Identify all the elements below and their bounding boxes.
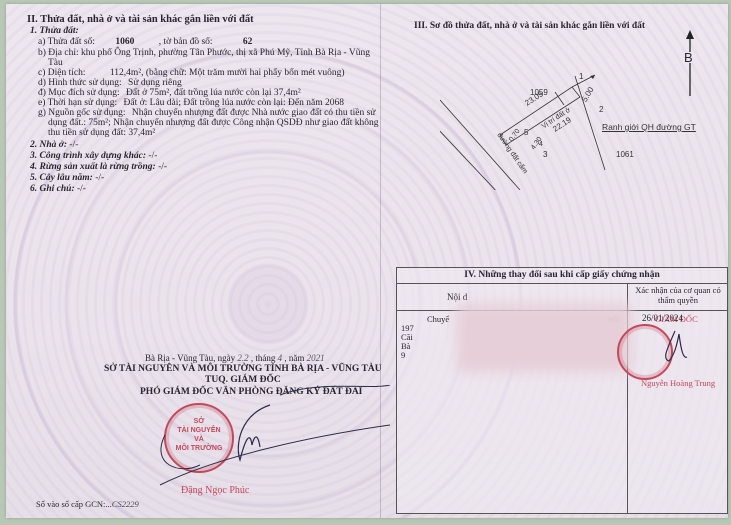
- sign-month: 4: [278, 353, 283, 363]
- parcel-label: a) Thửa đất số:: [38, 37, 95, 47]
- north-label: B: [684, 52, 693, 63]
- register-number: CS2229: [112, 499, 139, 509]
- redacted-region: [457, 304, 632, 372]
- construction-value: -/-: [148, 151, 157, 161]
- signer-name: Đặng Ngọc Phúc: [181, 485, 249, 496]
- col-content-header: Nội d: [447, 292, 467, 303]
- term-value: Đất ở: Lâu dài; Đất trồng lúa nước còn l…: [124, 98, 344, 108]
- forest-line: 4. Rừng sản xuất là rừng trồng: -/-: [30, 162, 167, 173]
- parcel-number: 1060: [115, 37, 134, 47]
- point-2: 2: [599, 105, 603, 114]
- section-2-title: II. Thửa đất, nhà ở và tài sản khác gắn …: [27, 14, 254, 25]
- sign-day: 2.2: [237, 353, 248, 363]
- note-label: 6. Ghi chú:: [30, 184, 75, 194]
- point-1: 1: [579, 72, 583, 81]
- section-4-title: IV. Những thay đổi sau khi cấp giấy chứn…: [397, 268, 727, 284]
- construction-label: 3. Công trình xây dựng khác:: [30, 151, 146, 161]
- purpose-label: đ) Mục đích sử dụng:: [38, 88, 120, 98]
- origin-label: g) Nguồn gốc sử dụng:: [38, 108, 125, 118]
- house-value: -/-: [69, 140, 78, 150]
- point-5: 5: [524, 128, 528, 137]
- col-confirm-header: Xác nhận của cơ quan có thẩm quyền: [631, 285, 725, 305]
- confirm-signature: [657, 329, 697, 369]
- form-label: d) Hình thức sử dụng:: [38, 78, 122, 88]
- confirm-date: 26/01/2024: [642, 313, 683, 324]
- origin-value: Nhận chuyển nhượng đất được Nhà nước gia…: [132, 108, 376, 118]
- address-line: b) Địa chỉ: khu phố Ông Trịnh, phường Tâ…: [38, 48, 370, 59]
- point-3: 3: [543, 150, 547, 159]
- forest-label: 4. Rừng sản xuất là rừng trồng:: [30, 162, 156, 172]
- construction-line: 3. Công trình xây dựng khác: -/-: [30, 151, 157, 162]
- register-line: Số vào sổ cấp GCN:...CS2229: [36, 499, 139, 510]
- agency-name: SỞ TÀI NGUYÊN VÀ MÔI TRƯỜNG TỈNH BÀ RỊA …: [104, 364, 382, 375]
- area-label: c) Diện tích:: [38, 68, 85, 78]
- confirm-signer: Nguyễn Hoàng Trung: [641, 378, 715, 389]
- origin-line-3: thu tiền sử dụng đất: 37,4m²: [48, 128, 155, 139]
- register-label: Số vào sổ cấp GCN:...: [36, 499, 112, 509]
- address-label: b) Địa chỉ:: [38, 48, 79, 58]
- sign-year: 2021: [307, 353, 325, 363]
- note-line: 6. Ghi chú: -/-: [30, 184, 86, 195]
- parcel-diagram: 1059 1061 1 2 3 4 5 23.05 5.00 22.19 4.3…: [440, 70, 720, 190]
- purpose-value: Đất ở 75m², đất trồng lúa nước còn lại 3…: [126, 88, 301, 98]
- form-value: Sử dụng riêng: [128, 78, 182, 88]
- map-label: , tờ bản đồ số:: [159, 37, 213, 47]
- forest-value: -/-: [158, 162, 167, 172]
- note-value: -/-: [77, 184, 86, 194]
- trees-label: 5. Cây lâu năm:: [30, 173, 93, 183]
- address-value: khu phố Ông Trịnh, phường Tân Phước, thị…: [81, 48, 370, 58]
- house-line: 2. Nhà ở: -/-: [30, 140, 78, 151]
- change-row: 9: [401, 350, 405, 361]
- trees-value: -/-: [95, 173, 104, 183]
- term-label: e) Thời hạn sử dụng:: [38, 98, 117, 108]
- house-label: 2. Nhà ở:: [30, 140, 67, 150]
- changes-body: Nội d Xác nhận của cơ quan có thẩm quyền…: [397, 284, 727, 513]
- neighbor-1061: 1061: [616, 150, 634, 159]
- changes-table: IV. Những thay đổi sau khi cấp giấy chứn…: [396, 267, 728, 514]
- boundary-label: Ranh giới QH đường GT: [602, 122, 696, 132]
- change-row: Chuyể: [427, 314, 449, 325]
- trees-line: 5. Cây lâu năm: -/-: [30, 173, 104, 184]
- area-value: 112,4m², (bằng chữ: Một trăm mười hai ph…: [110, 68, 345, 78]
- section-3-title: III. Sơ đồ thửa đất, nhà ở và tài sản kh…: [414, 21, 645, 32]
- parcel-line: a) Thửa đất số: 1060 , tờ bản đồ số: 62: [38, 37, 252, 48]
- map-number: 62: [243, 37, 253, 47]
- land-heading: 1. Thửa đất:: [30, 26, 79, 37]
- place-date: Bà Rịa - Vũng Tàu, ngày 2.2 , tháng 4 , …: [145, 353, 325, 364]
- signature-stroke: [140, 385, 400, 505]
